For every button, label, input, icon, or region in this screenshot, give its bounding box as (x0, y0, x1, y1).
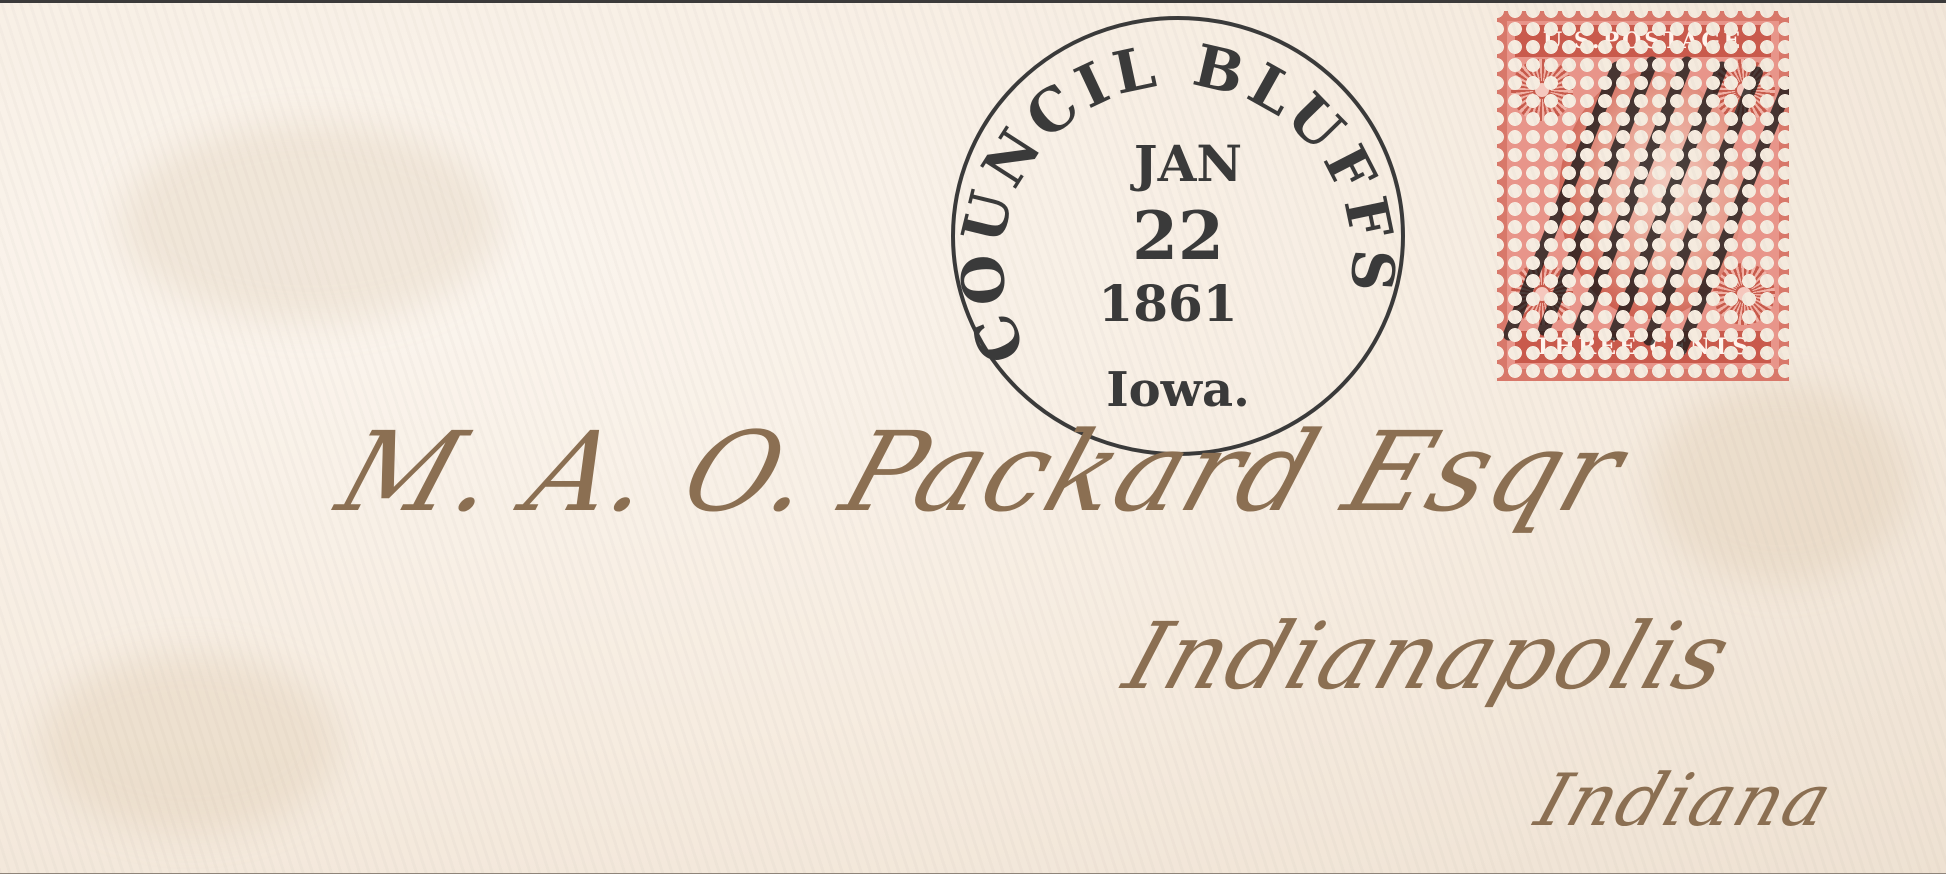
address-state: Indiana (1526, 758, 1843, 842)
paper-stain (120, 123, 500, 323)
postmark-year: 1861 (1098, 274, 1237, 333)
paper-stain (40, 653, 340, 833)
postmark: COUNCIL BLUFFS Iowa. JAN 22 1861 (943, 11, 1413, 461)
envelope: COUNCIL BLUFFS Iowa. JAN 22 1861 U.S.POS… (0, 0, 1946, 874)
address-recipient: M. A. O. Packard Esqr (324, 408, 1639, 536)
portrait-oval (1559, 71, 1743, 319)
postmark-day: 22 (1132, 197, 1224, 275)
address-city: Indianapolis (1113, 603, 1745, 710)
stamp-top-label: U.S.POSTAGE (1515, 25, 1771, 57)
rosette-icon (1511, 59, 1573, 121)
postmark-month: JAN (1130, 134, 1242, 193)
paper-stain (1650, 383, 1910, 583)
postage-stamp: U.S.POSTAGE THREE CENTS (1497, 11, 1789, 381)
